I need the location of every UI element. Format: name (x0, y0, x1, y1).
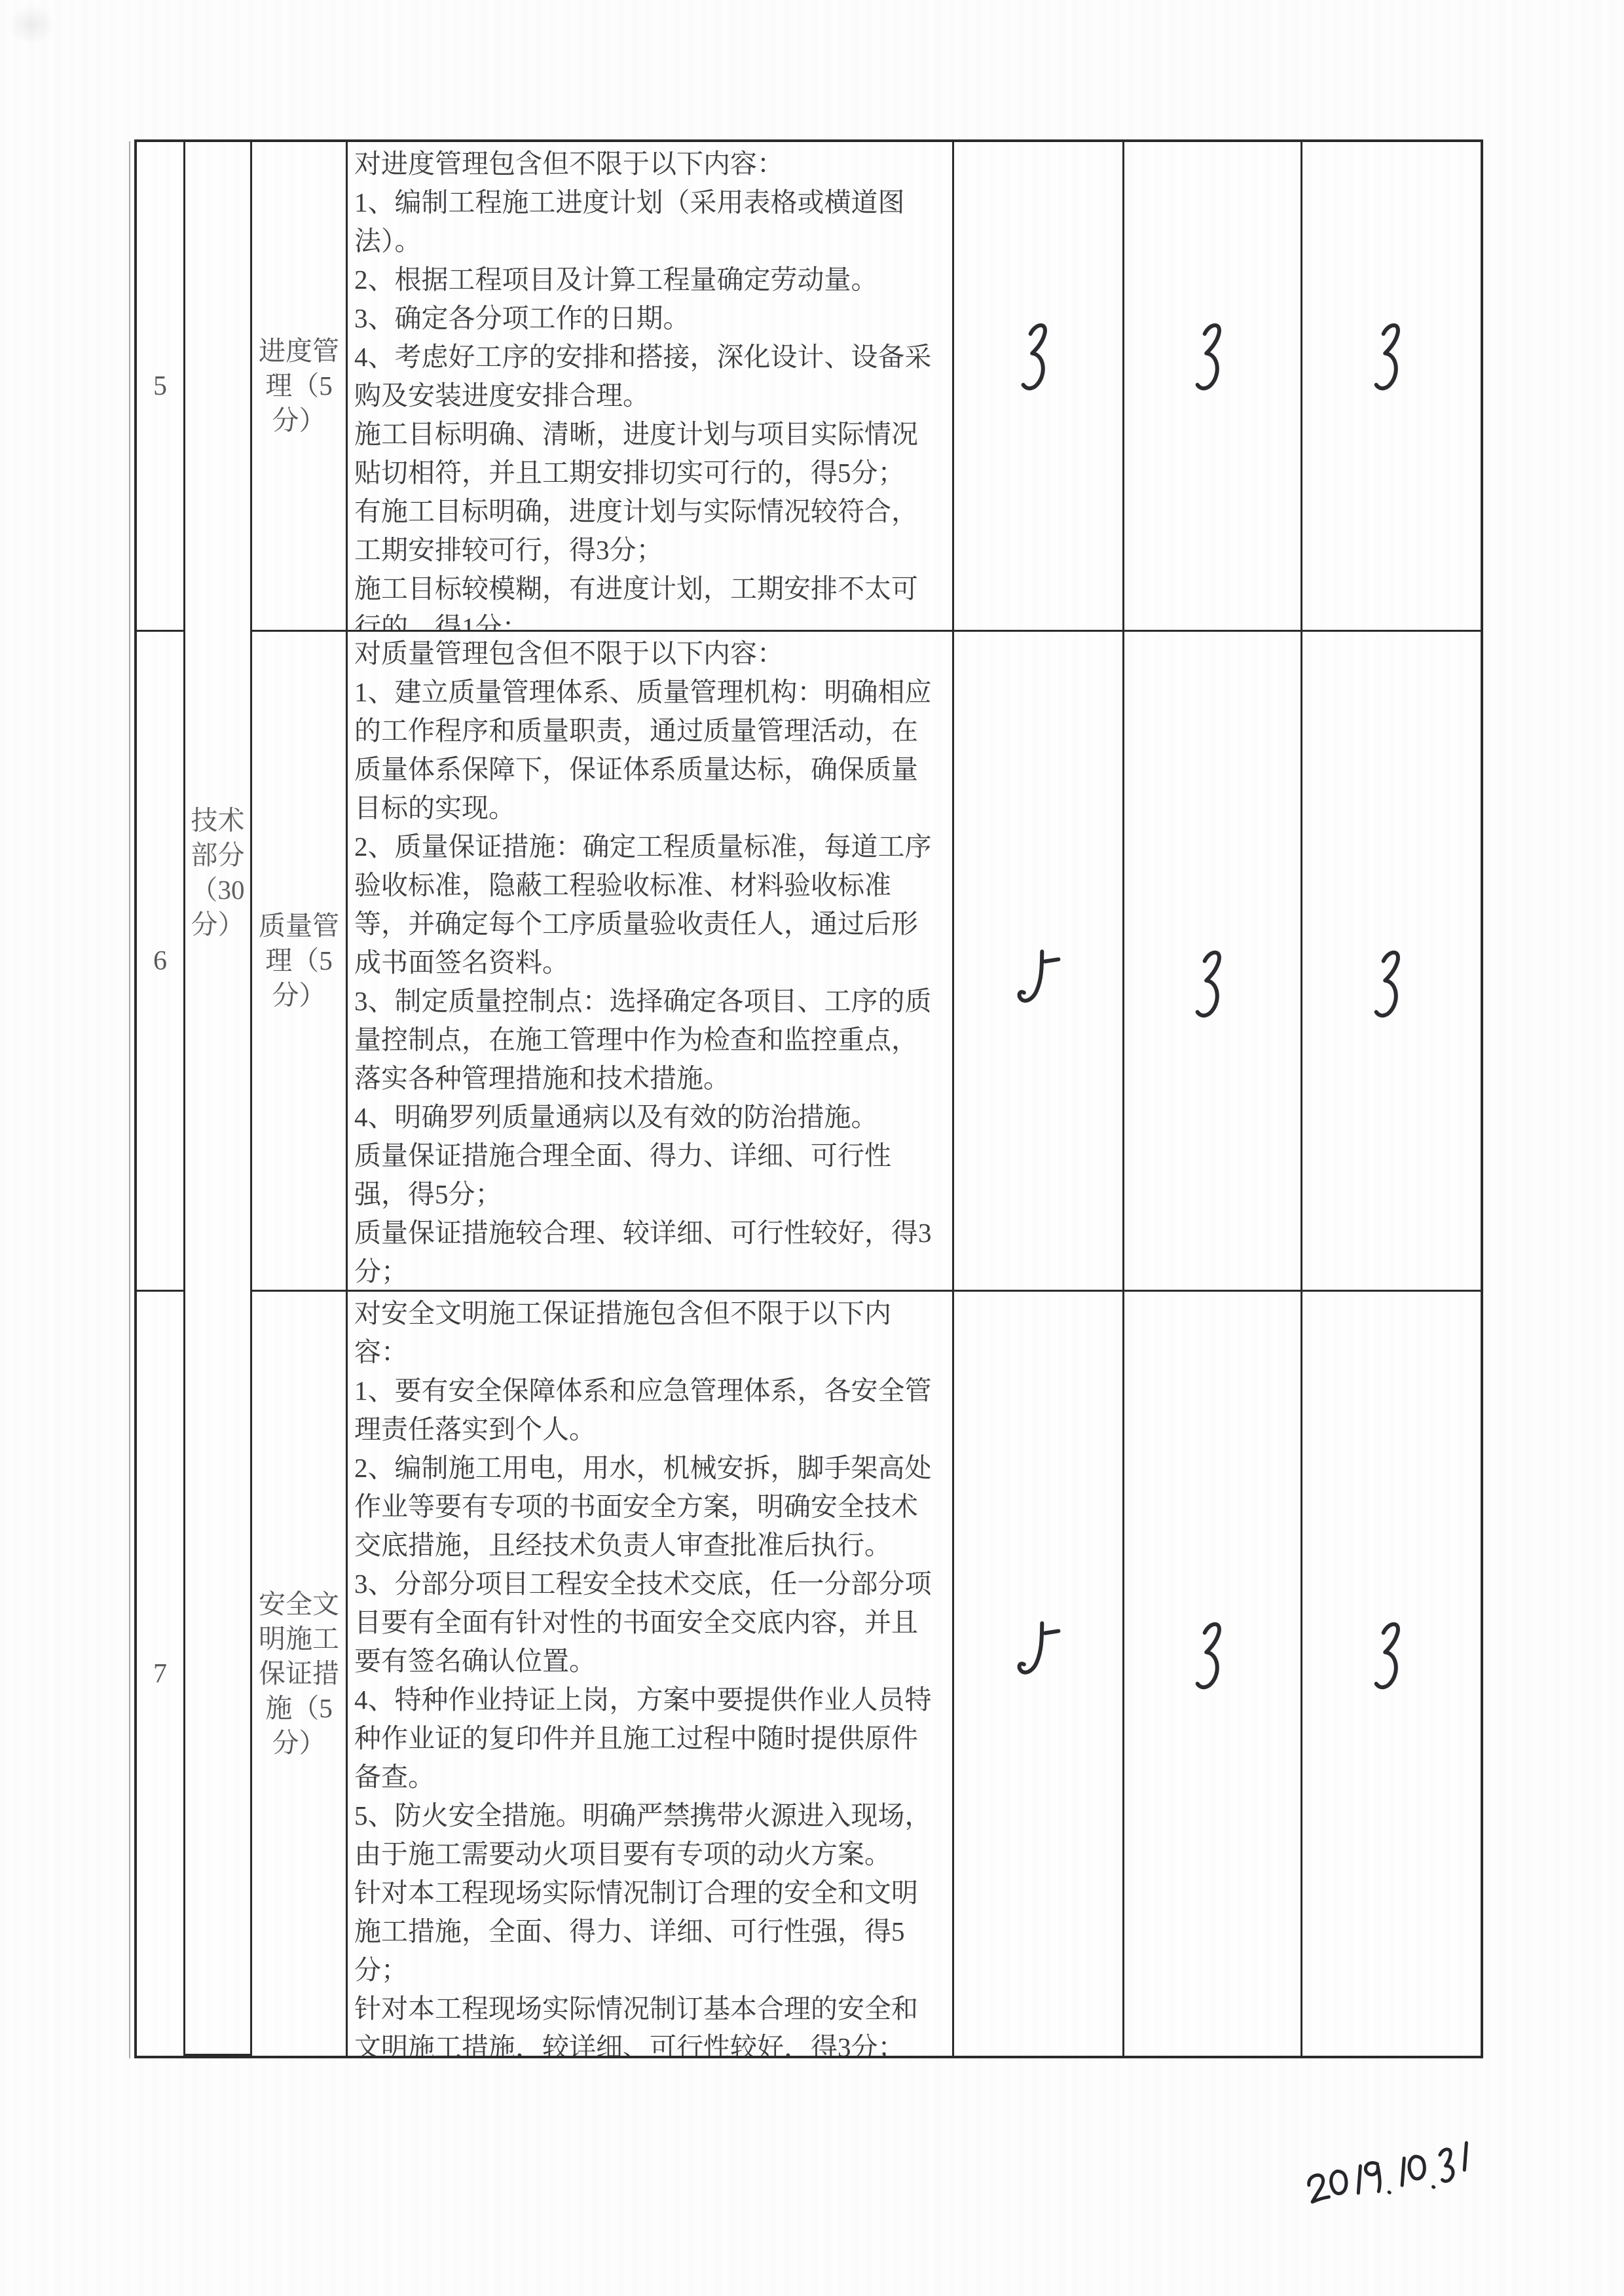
category-cell-technical: 技术 部分 （30 分） (185, 142, 252, 2056)
handwritten-date (1301, 2136, 1480, 2225)
handwritten-score (1365, 943, 1418, 1025)
serial-cell-7: 7 (137, 1292, 185, 2056)
handwritten-score (1186, 943, 1238, 1025)
item-cell-schedule-management: 进度管 理（5 分） (252, 142, 348, 632)
score-cell (1302, 142, 1481, 632)
serial-cell-5: 5 (137, 142, 185, 632)
handwritten-score (1012, 943, 1064, 1025)
serial-number: 5 (153, 371, 167, 402)
handwritten-score (1365, 316, 1418, 398)
score-cell (1302, 1292, 1481, 2056)
item-label: 安全文 明施工 保证措 施（5 分） (252, 1587, 346, 1760)
scan-edge-line (129, 141, 130, 2058)
score-cell (1124, 632, 1302, 1292)
handwritten-score (1012, 316, 1064, 398)
handwritten-score (1365, 1615, 1418, 1697)
score-cell (954, 632, 1124, 1292)
score-cell (1302, 632, 1481, 1292)
serial-number: 6 (153, 945, 167, 977)
score-cell (954, 142, 1124, 632)
scan-smudge (9, 5, 55, 45)
item-label: 进度管 理（5 分） (252, 334, 346, 438)
scanned-document-page: 5 技术 部分 （30 分） 进度管 理（5 分） 对进度管理包含但不限于以下内… (0, 0, 1624, 2296)
score-cell (1124, 1292, 1302, 2056)
item-cell-safety-measures: 安全文 明施工 保证措 施（5 分） (252, 1292, 348, 2056)
criteria-cell-quality-management: 对质量管理包含但不限于以下内容： 1、建立质量管理体系、质量管理机构：明确相应 … (348, 632, 954, 1292)
criteria-cell-safety-measures: 对安全文明施工保证措施包含但不限于以下内 容： 1、要有安全保障体系和应急管理体… (348, 1292, 954, 2056)
serial-cell-6: 6 (137, 632, 185, 1292)
evaluation-table: 5 技术 部分 （30 分） 进度管 理（5 分） 对进度管理包含但不限于以下内… (134, 139, 1483, 2058)
score-cell (954, 1292, 1124, 2056)
handwritten-score (1012, 1615, 1064, 1697)
serial-number: 7 (153, 1658, 167, 1690)
handwritten-score (1186, 1615, 1238, 1697)
item-cell-quality-management: 质量管 理（5 分） (252, 632, 348, 1292)
item-label: 质量管 理（5 分） (252, 909, 346, 1013)
handwritten-score (1186, 316, 1238, 398)
category-label: 技术 部分 （30 分） (185, 803, 250, 942)
criteria-cell-schedule-management: 对进度管理包含但不限于以下内容： 1、编制工程施工进度计划（采用表格或横道图 法… (348, 142, 954, 632)
score-cell (1124, 142, 1302, 632)
